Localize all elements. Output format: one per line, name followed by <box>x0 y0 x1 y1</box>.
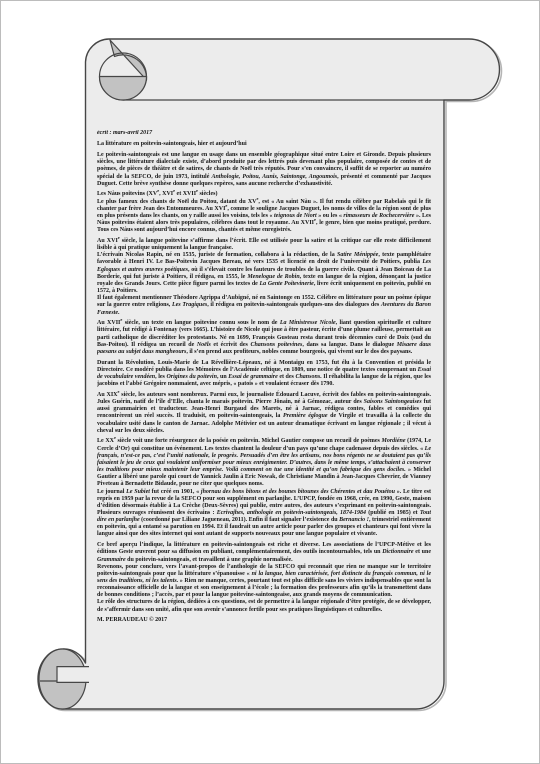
scroll-bottom-roll-slot <box>57 667 89 683</box>
paragraph-revolution: Durant la Révolution, Louis-Marie de La … <box>97 360 431 389</box>
paragraph-16e-siecle: Au XVIe siècle, la langue poitevine s’af… <box>97 238 431 317</box>
paragraph-19e-siecle: Au XIXe siècle, les auteurs sont nombreu… <box>97 392 431 435</box>
document-body: écrit : mars-avril 2017 La littérature e… <box>97 130 431 705</box>
paragraph-naus-poitevins: Les Nàus poitevins (XVe, XVIe et XVIIe s… <box>97 191 431 234</box>
page-title: La littérature en poitevin-saintongeais,… <box>97 141 431 148</box>
screenshot-root: écrit : mars-avril 2017 La littérature e… <box>0 0 540 764</box>
paragraph-intro: Le poitevin-saintongeais est une langue … <box>97 152 431 188</box>
paragraph-17e-siecle: Au XVIIe siècle, un texte en langue poit… <box>97 320 431 356</box>
author-signature: M. PERRAUDEAU © 2017 <box>97 617 431 624</box>
paragraph-20e-siecle: Le XXe siècle voit une forte résurgence … <box>97 438 431 538</box>
paragraph-conclusion: Ce bref aperçu l’indique, la littérature… <box>97 542 431 614</box>
written-date: écrit : mars-avril 2017 <box>97 130 431 137</box>
